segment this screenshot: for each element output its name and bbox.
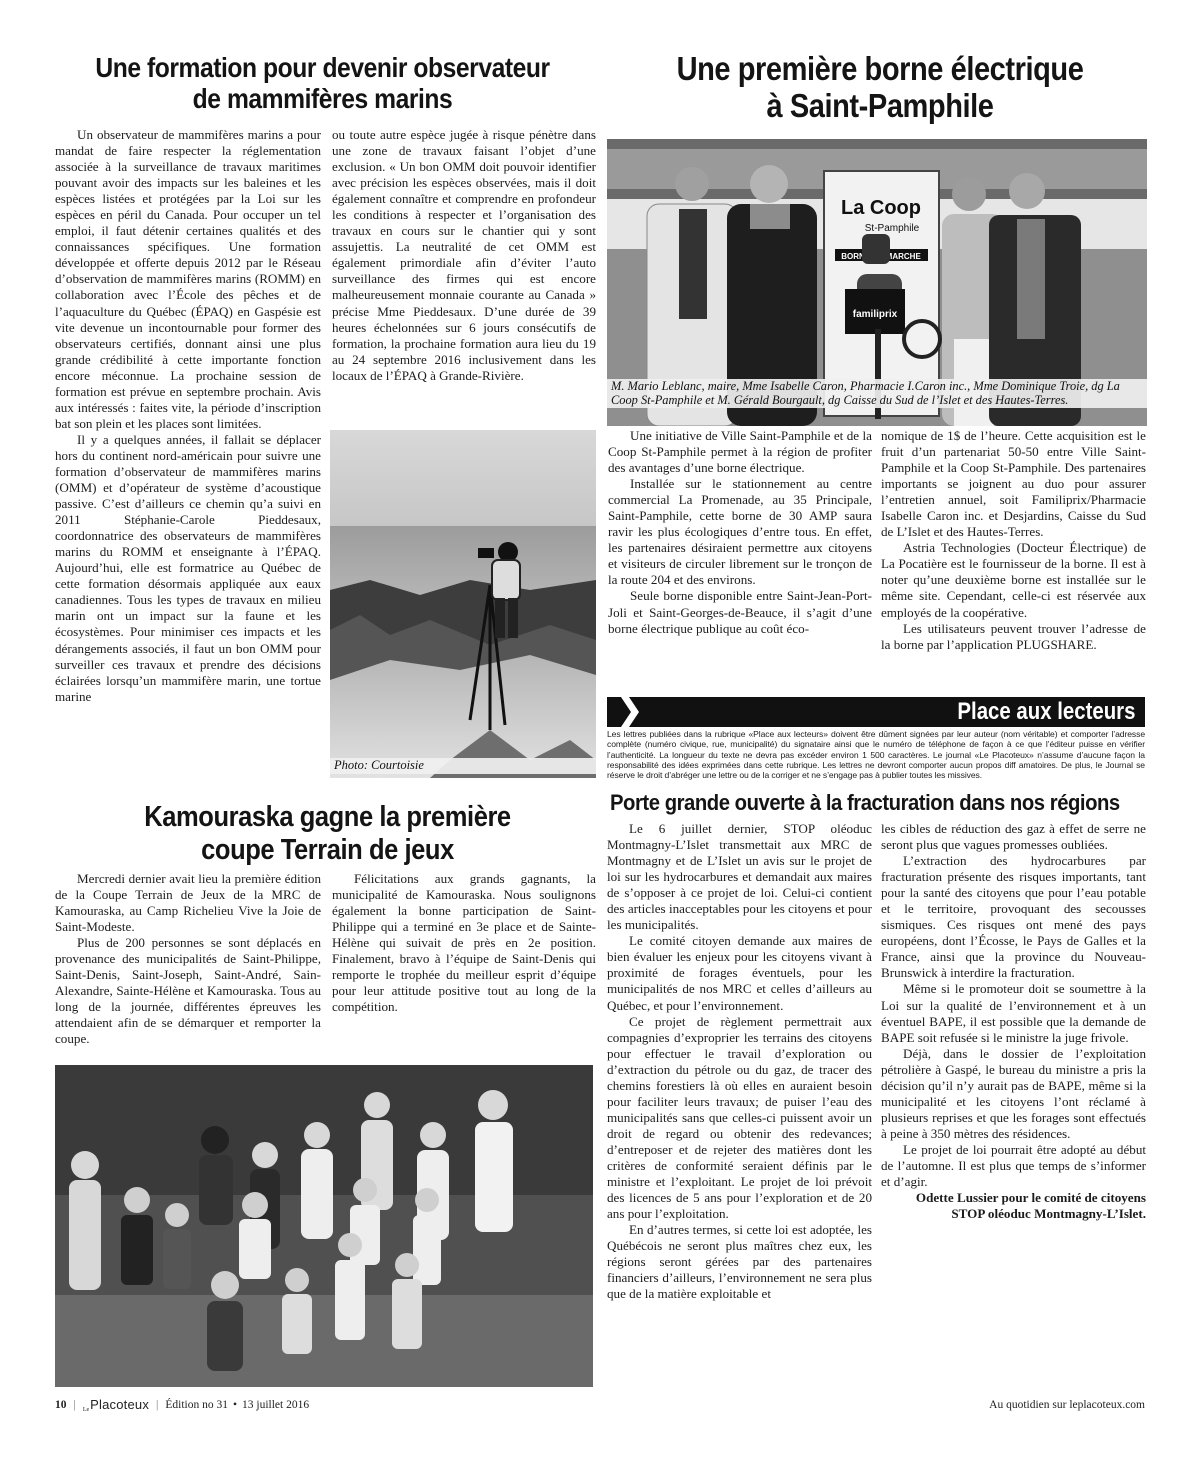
article-paragraph: Mercredi dernier avait lieu la première …	[55, 871, 321, 935]
article-paragraph: Félicitations aux grands gagnants, la mu…	[332, 871, 596, 1015]
headline-line-1: Une formation pour devenir observateur	[95, 52, 549, 83]
article-paragraph: Ce projet de règlement permettrait aux c…	[607, 1014, 872, 1223]
photo-credit: Photo: Courtoisie	[330, 758, 596, 774]
article-paragraph: En d’autres termes, si cette loi est ado…	[607, 1222, 872, 1302]
sign-brand-text: La Coop	[841, 197, 921, 219]
photo-illustration	[55, 1065, 593, 1387]
signature-line-2: STOP oléoduc Montmagny-L’Islet.	[881, 1206, 1146, 1222]
photo-kamouraska-group	[55, 1065, 593, 1387]
article-headline: Une formation pour devenir observateur d…	[74, 52, 571, 114]
logo-prefix: Le	[83, 1407, 89, 1413]
sign-sponsor-text: familiprix	[853, 309, 898, 320]
article-column-1: Une initiative de Ville Saint-Pamphile e…	[608, 428, 872, 637]
article-headline: Porte grande ouverte à la fracturation d…	[610, 790, 1150, 816]
signature-line-1: Odette Lussier pour le comité de citoyen…	[881, 1190, 1146, 1206]
article-paragraph: Il y a quelques années, il fallait se dé…	[55, 432, 321, 705]
logo-name: Placoteux	[90, 1397, 149, 1412]
article-paragraph: Déjà, dans le dossier de l’exploitation …	[881, 1046, 1146, 1142]
article-paragraph: Installée sur le stationnement au centre…	[608, 476, 872, 588]
headline-line-2: coupe Terrain de jeux	[201, 834, 454, 866]
headline-line-1: Kamouraska gagne la première	[144, 801, 510, 833]
headline-line-2: de mammifères marins	[193, 83, 453, 114]
footer-separator: |	[156, 1399, 158, 1411]
footer-bullet: •	[233, 1399, 237, 1411]
footer-separator: |	[74, 1399, 76, 1411]
photo-illustration	[330, 430, 596, 778]
article-paragraph: Une initiative de Ville Saint-Pamphile e…	[608, 428, 872, 476]
edition-date: 13 juillet 2016	[242, 1399, 309, 1411]
article-paragraph: Le 6 juillet dernier, STOP oléoduc Montm…	[607, 821, 872, 933]
publication-logo: LePlacoteux	[83, 1397, 149, 1413]
chevron-right-icon	[621, 697, 639, 727]
headline-line-1: Une première borne électrique	[677, 50, 1084, 87]
article-headline: Kamouraska gagne la première coupe Terra…	[88, 801, 568, 867]
article-paragraph: Plus de 200 personnes se sont déplacés e…	[55, 935, 321, 1047]
article-paragraph: L’extraction des hydrocarbures par fract…	[881, 853, 1146, 981]
article-column-2: les cibles de réduction des gaz à effet …	[881, 821, 1146, 1222]
section-banner: Place aux lecteurs	[607, 697, 1145, 727]
article-paragraph: nomique de 1$ de l’heure. Cette acquisit…	[881, 428, 1146, 540]
footer-tagline-link[interactable]: Au quotidien sur leplacoteux.com	[989, 1399, 1145, 1411]
photo-borne-group: La Coop St-Pamphile BORNE EN MARCHE fami…	[607, 139, 1147, 426]
article-paragraph: ou toute autre espèce jugée à risque pén…	[332, 127, 596, 384]
article-paragraph: Astria Technologies (Docteur Électrique)…	[881, 540, 1146, 620]
page-footer: 10 | LePlacoteux | Édition no 31 • 13 ju…	[55, 1397, 1145, 1413]
edition-number: Édition no 31	[165, 1399, 228, 1411]
article-column-1: Mercredi dernier avait lieu la première …	[55, 871, 321, 1048]
article-paragraph: Le comité citoyen demande aux maires de …	[607, 933, 872, 1013]
article-paragraph: Le projet de loi pourrait être adopté au…	[881, 1142, 1146, 1190]
article-column-2: nomique de 1$ de l’heure. Cette acquisit…	[881, 428, 1146, 653]
article-paragraph: Même si le promoteur doit se soumettre à…	[881, 981, 1146, 1045]
photo-caption: M. Mario Leblanc, maire, Mme Isabelle Ca…	[607, 379, 1147, 408]
article-column-1: Le 6 juillet dernier, STOP oléoduc Montm…	[607, 821, 872, 1302]
sign-sub-text: St-Pamphile	[865, 223, 920, 234]
article-column-2: Félicitations aux grands gagnants, la mu…	[332, 871, 596, 1015]
headline-line-2: à Saint-Pamphile	[767, 87, 994, 124]
section-banner-title: Place aux lecteurs	[957, 698, 1135, 726]
article-paragraph: Les utilisateurs peuvent trouver l’adres…	[881, 621, 1146, 653]
article-paragraph: Seule borne disponible entre Saint-Jean-…	[608, 588, 872, 636]
photo-photographer-cliff: Photo: Courtoisie	[330, 430, 596, 778]
article-headline: Une première borne électrique à Saint-Pa…	[647, 50, 1113, 124]
article-column-2: ou toute autre espèce jugée à risque pén…	[332, 127, 596, 384]
page-number: 10	[55, 1399, 67, 1411]
article-paragraph: Un observateur de mammifères marins a po…	[55, 127, 321, 432]
article-paragraph: les cibles de réduction des gaz à effet …	[881, 821, 1146, 853]
article-column-1: Un observateur de mammifères marins a po…	[55, 127, 321, 705]
section-disclaimer: Les lettres publiées dans la rubrique «P…	[607, 729, 1145, 780]
